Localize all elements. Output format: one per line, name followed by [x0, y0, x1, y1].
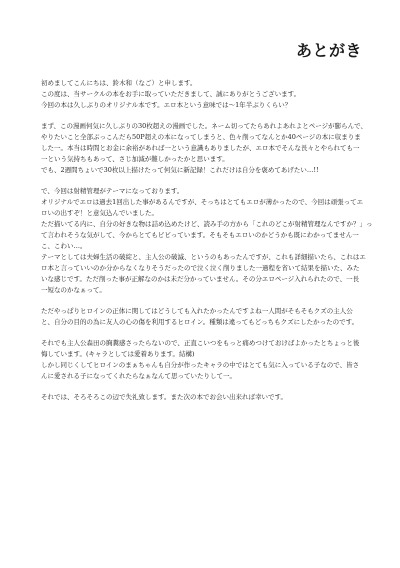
- paragraph-heroine: ただやっぱりヒロインの正体に関してはどうしても入れたかったんですよね一人間がそも…: [41, 306, 373, 328]
- text-line: この度は、当サークルの本をお手に取っていただきまして、誠にありがとうございます。: [41, 89, 373, 100]
- text-line: いな感じです。ただ削った事が正解なのかは未だ分かっていません。その分エロページ入…: [41, 274, 373, 285]
- text-line: んに愛される子になってくれたらなぁなんて思っていたりして一。: [41, 371, 373, 382]
- text-line: 初めましてこんにちは、鈴木和（なご）と申します。: [41, 78, 373, 89]
- text-line: こ、こわい…。: [41, 241, 373, 252]
- text-line: 今回の本は久しぶりのオリジナル本です。エロ本という意味では～1年半ぶりくらい？: [41, 100, 373, 111]
- text-line: まず、この漫画何気に久しぶりの30枚超えの漫画でした。ネーム切ってたらあれよあれ…: [41, 121, 373, 132]
- text-line: ただやっぱりヒロインの正体に関してはどうしても入れたかったんですよね一人間がそも…: [41, 306, 373, 317]
- text-line: それでは、そろそろこの辺で失礼致します。また次の本でお会い出来れば幸いです。: [41, 392, 373, 403]
- paragraph-characters: それでも主人公森田の胸糞感さったらないので、正直こいつをもっと痛めつけておけばよ…: [41, 338, 373, 382]
- text-line: ロ本と言っていいのか分からなくなりそうだったので泣く泣く削りました一過程を省いて…: [41, 263, 373, 274]
- text-line: やりたいこと全部ぶっこんだら50P超えの本になってしまうと、色々削ってなんとか4…: [41, 132, 373, 143]
- text-line: テーマとしては夫婦生活の破綻と、主人公の破滅、というのもあったんですが、これも詳…: [41, 252, 373, 263]
- afterword-body: 初めましてこんにちは、鈴木和（なご）と申します。 この度は、当サークルの本をお手…: [41, 78, 373, 413]
- paragraph-theme: で、今回は射精管理がテーマになっております。 オリジナルでエロは過去1回出した事…: [41, 186, 373, 296]
- paragraph-greeting: 初めましてこんにちは、鈴木和（なご）と申します。 この度は、当サークルの本をお手…: [41, 78, 373, 111]
- text-line: オリジナルでエロは過去1回出した事があるんですが、そっちはとてもエロが薄かったの…: [41, 197, 373, 208]
- text-line: 悔しています。(キャラとしては愛着あります。結構): [41, 349, 373, 360]
- text-line: 一という気持ちもあって、さじ加減が難しかったかと思います。: [41, 154, 373, 165]
- text-line: と、自分の目的の為に友人の心の傷を利用するヒロイン。種類は違ってもどっちもクズに…: [41, 317, 373, 328]
- paragraph-closing: それでは、そろそろこの辺で失礼致します。また次の本でお会い出来れば幸いです。: [41, 392, 373, 403]
- text-line: 一短なのかなぁって。: [41, 285, 373, 296]
- text-line: しかし同じくしてヒロインのまぁちゃんも自分が作ったキャラの中ではとても気に入って…: [41, 360, 373, 371]
- page-title: あとがき: [296, 42, 362, 60]
- text-line: でも、2週間ちょいで30枚以上描けたって何気に新記録！これだけは自分を褒めてあげ…: [41, 165, 373, 176]
- afterword-page: あとがき 初めましてこんにちは、鈴木和（なご）と申します。 この度は、当サークル…: [0, 0, 400, 568]
- text-line: それでも主人公森田の胸糞感さったらないので、正直こいつをもっと痛めつけておけばよ…: [41, 338, 373, 349]
- text-line: した一。本当は時間とお金に余裕があれば一という意識もありましたが、エロ本でそんな…: [41, 143, 373, 154]
- text-line: て言われそうな気がして、今からとてもビビっています。そもそもエロいのかどうかも既…: [41, 230, 373, 241]
- text-line: で、今回は射精管理がテーマになっております。: [41, 186, 373, 197]
- text-line: ロいの出すぞ！と意気込んでいました。: [41, 208, 373, 219]
- text-line: ただ描いてる内に、自分の好きな物は詰め込めたけど、読み手の方から「これのどこが射…: [41, 219, 373, 230]
- paragraph-production: まず、この漫画何気に久しぶりの30枚超えの漫画でした。ネーム切ってたらあれよあれ…: [41, 121, 373, 176]
